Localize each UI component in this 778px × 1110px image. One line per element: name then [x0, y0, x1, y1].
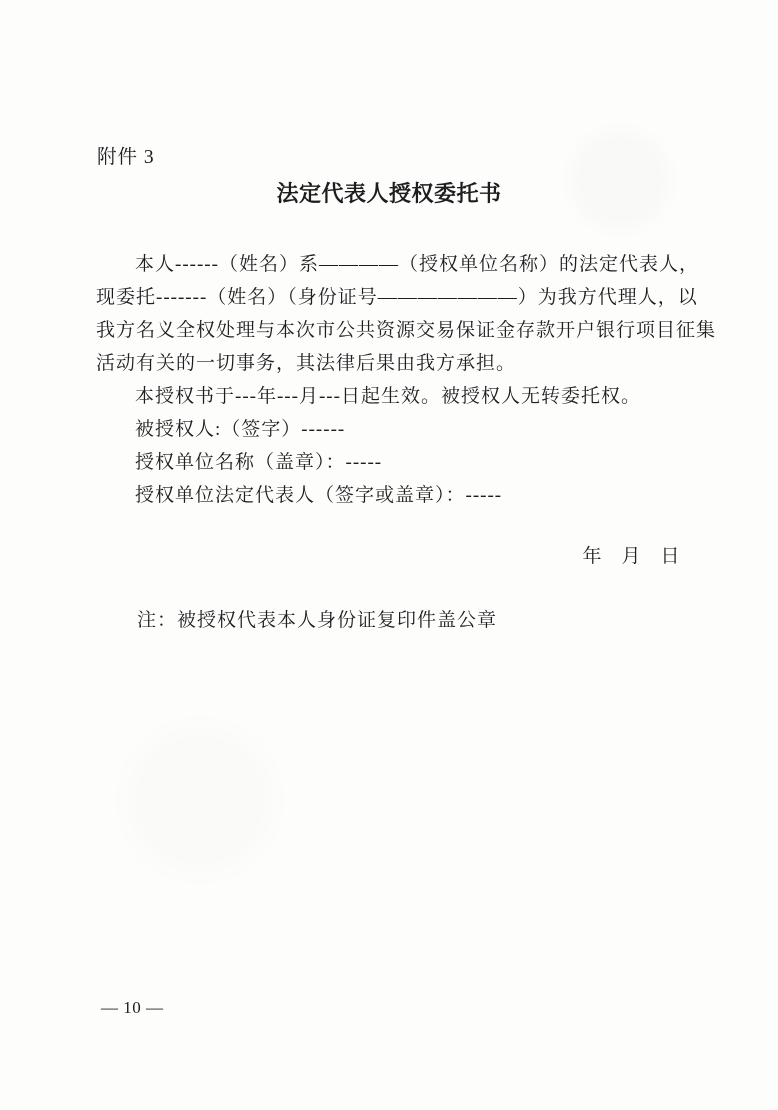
body-line: 授权单位法定代表人（签字或盖章）：-----: [96, 479, 736, 512]
body-line: 活动有关的一切事务，其法律后果由我方承担。: [96, 347, 736, 380]
body-line: 授权单位名称（盖章）：-----: [96, 446, 736, 479]
attachment-label: 附件 3: [97, 141, 155, 169]
date-signature-line: 年 月 日: [582, 543, 680, 571]
body-line: 本授权书于---年---月---日起生效。被授权人无转委托权。: [96, 380, 736, 413]
body-line: 我方名义全权处理与本次市公共资源交易保证金存款开户银行项目征集: [96, 314, 736, 347]
body-line: 本人------（姓名）系————（授权单位名称）的法定代表人，: [96, 248, 736, 281]
body-line: 被授权人:（签字）------: [96, 413, 736, 446]
document-body: 本人------（姓名）系————（授权单位名称）的法定代表人， 现委托----…: [96, 248, 736, 512]
document-title: 法定代表人授权委托书: [0, 177, 778, 208]
body-line: 现委托-------（姓名）（身份证号———————）为我方代理人，以: [96, 281, 736, 314]
footnote: 注：被授权代表本人身份证复印件盖公章: [137, 607, 497, 635]
scanned-document-page: 附件 3 法定代表人授权委托书 本人------（姓名）系————（授权单位名称…: [0, 0, 778, 1110]
page-number: — 10 —: [101, 998, 164, 1018]
